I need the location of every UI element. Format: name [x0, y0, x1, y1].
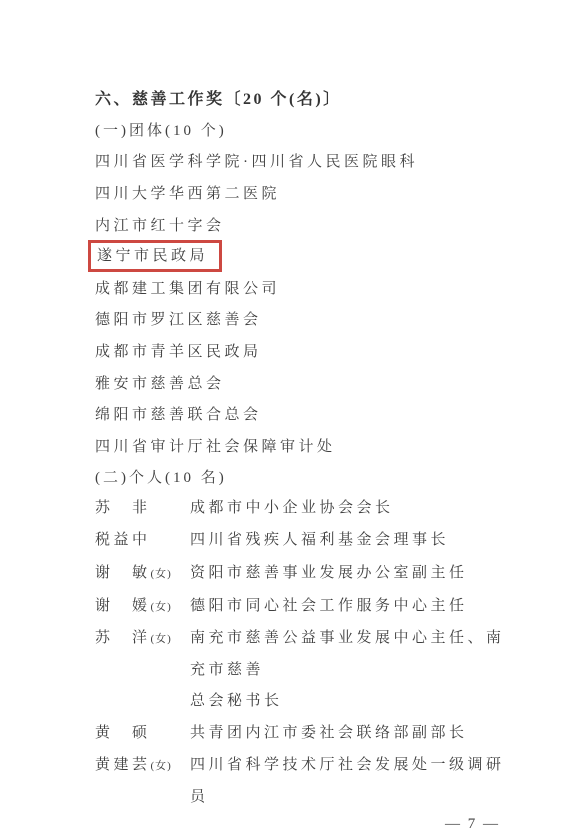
org-list-item: 绵阳市慈善联合总会 — [95, 398, 586, 430]
person-name: 苏 洋(女) — [95, 623, 190, 656]
org-list-item: 雅安市慈善总会 — [95, 366, 586, 398]
individual-row: 谢 媛(女) 德阳市同心社会工作服务中心主任 — [95, 591, 586, 624]
org-list-item-highlighted: 遂宁市民政局 — [95, 240, 586, 272]
org-name: 四川省医学科学院·四川省人民医院眼科 — [95, 150, 418, 171]
section-title: 六、慈善工作奖〔20 个(名)〕 — [95, 82, 586, 114]
org-list-item: 四川省审计厅社会保障审计处 — [95, 430, 586, 462]
org-list-item: 四川省医学科学院·四川省人民医院眼科 — [95, 145, 586, 177]
person-name: 谢 敏(女) — [95, 558, 190, 591]
org-name: 四川省审计厅社会保障审计处 — [95, 435, 336, 456]
person-title: 德阳市同心社会工作服务中心主任 — [190, 591, 468, 623]
gender-label: (女) — [151, 601, 172, 613]
document-page: 六、慈善工作奖〔20 个(名)〕 (一)团体(10 个) 四川省医学科学院·四川… — [0, 0, 586, 833]
org-name: 雅安市慈善总会 — [95, 372, 225, 393]
individual-row: 苏 非 成都市中小企业协会会长 — [95, 493, 586, 526]
person-name: 黄建芸(女) — [95, 750, 190, 783]
org-list-item: 四川大学华西第二医院 — [95, 177, 586, 209]
person-title: 资阳市慈善事业发展办公室副主任 — [190, 558, 468, 590]
person-name: 谢 媛(女) — [95, 591, 190, 624]
person-title: 四川省残疾人福利基金会理事长 — [190, 525, 449, 557]
person-title: 南充市慈善公益事业发展中心主任、南充市慈善 总会秘书长 — [190, 623, 520, 718]
individual-heading: (二)个人(10 名) — [95, 461, 586, 493]
org-name: 德阳市罗江区慈善会 — [95, 308, 262, 329]
individual-row: 谢 敏(女) 资阳市慈善事业发展办公室副主任 — [95, 558, 586, 591]
individual-row: 苏 洋(女) 南充市慈善公益事业发展中心主任、南充市慈善 总会秘书长 — [95, 623, 586, 718]
individual-row: 税益中 四川省残疾人福利基金会理事长 — [95, 525, 586, 558]
org-name: 绵阳市慈善联合总会 — [95, 403, 262, 424]
org-list-item: 成都市青羊区民政局 — [95, 335, 586, 367]
org-name: 成都市青羊区民政局 — [95, 340, 262, 361]
red-highlight-annotation: 遂宁市民政局 — [88, 240, 222, 272]
person-name: 税益中 — [95, 525, 190, 558]
org-list-item: 内江市红十字会 — [95, 208, 586, 240]
group-heading: (一)团体(10 个) — [95, 114, 586, 146]
org-list-item: 德阳市罗江区慈善会 — [95, 303, 586, 335]
org-name: 成都建工集团有限公司 — [95, 277, 280, 298]
person-title: 四川省科学技术厅社会发展处一级调研员 — [190, 750, 520, 813]
person-name: 苏 非 — [95, 493, 190, 526]
org-name: 四川大学华西第二医院 — [95, 182, 280, 203]
person-title: 成都市中小企业协会会长 — [190, 493, 394, 525]
person-name: 黄 硕 — [95, 718, 190, 751]
page-number: — 7 — — [95, 814, 586, 833]
gender-label: (女) — [151, 760, 172, 772]
person-title: 共青团内江市委社会联络部副部长 — [190, 718, 468, 750]
org-list-item: 成都建工集团有限公司 — [95, 272, 586, 304]
individual-row: 黄 硕 共青团内江市委社会联络部副部长 — [95, 718, 586, 751]
org-name: 内江市红十字会 — [95, 214, 225, 235]
org-name: 遂宁市民政局 — [97, 248, 208, 264]
gender-label: (女) — [151, 568, 172, 580]
individual-row: 黄建芸(女) 四川省科学技术厅社会发展处一级调研员 — [95, 750, 586, 813]
gender-label: (女) — [151, 633, 172, 645]
